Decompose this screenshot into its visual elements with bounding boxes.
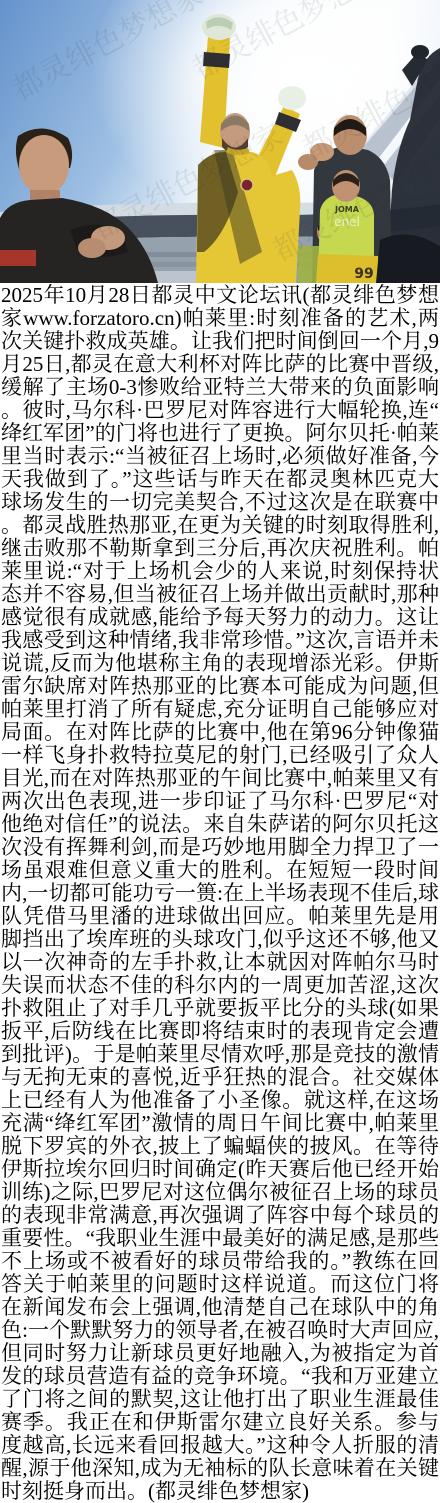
shorts-number-text: 99 — [354, 266, 373, 282]
article-body-text: 2025年10月28日都灵中文论坛讯(都灵绯色梦想家www.forzatoro.… — [0, 283, 440, 1503]
shirt-sponsor-patch — [0, 250, 36, 266]
keeper-glove-right — [278, 86, 306, 110]
match-photo: JOMA enel 99 都灵绯色梦想家 都灵绯色梦想家 都灵绯色梦想家 都灵绯… — [0, 0, 440, 283]
club-badge — [241, 179, 253, 191]
article-page: JOMA enel 99 都灵绯色梦想家 都灵绯色梦想家 都灵绯色梦想家 都灵绯… — [0, 0, 440, 1503]
stadium-celebration-photo: JOMA enel 99 都灵绯色梦想家 都灵绯色梦想家 都灵绯色梦想家 都灵绯… — [0, 0, 440, 283]
